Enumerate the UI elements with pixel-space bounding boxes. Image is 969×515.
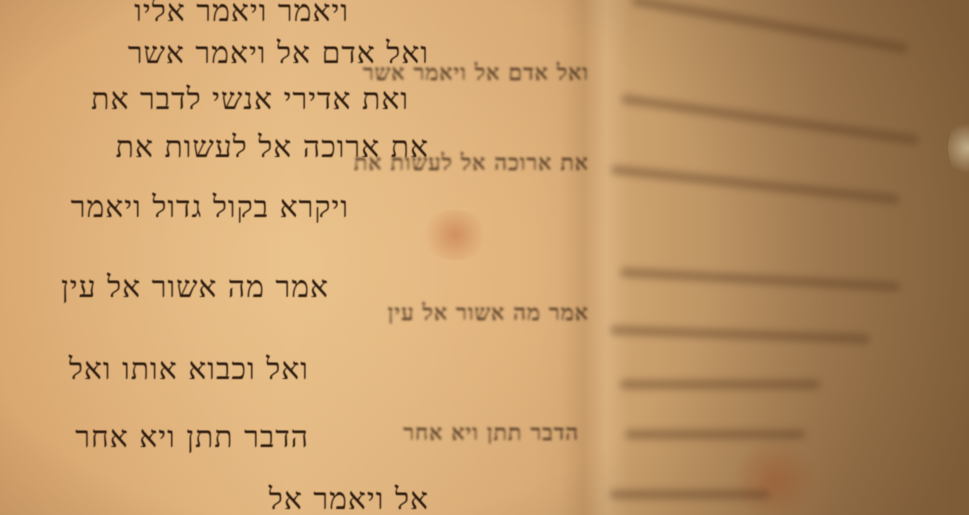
script-line: ואל אדם אל ויאמר אשר [363,60,589,86]
blurred-line [620,268,900,292]
script-line: אל ויאמר אל [269,482,429,515]
script-line: הדבר תתן ויא אחר [75,420,309,455]
script-line: הדבר תתן ויא אחר [403,420,579,446]
blurred-line [610,490,770,499]
script-line: את ארוכה אל לעשות את [354,150,589,176]
ink-stain [420,210,490,260]
blurred-line [631,0,908,53]
blurred-line [610,165,899,204]
light-reflection [948,118,969,178]
script-line: ויאמר ויאמר אליו [134,0,349,29]
blurred-line [620,380,820,389]
blurred-line [621,94,919,145]
ink-stain [730,440,820,515]
script-line: אמר מה אשור אל עין [388,300,589,326]
script-line: ואל וכבוא אותו ואל [69,352,309,387]
script-line: אמר מה אשור אל עין [61,270,329,305]
blurred-line [610,325,870,343]
blurred-line [625,430,805,439]
script-line: ואת אדירי אנשי לדבר את [91,82,409,117]
script-line: ויקרא בקול גדול ויאמר [71,190,349,225]
scroll-photo: ויאמר ויאמר אליו ואל אדם אל ויאמר אשר וא… [0,0,969,515]
